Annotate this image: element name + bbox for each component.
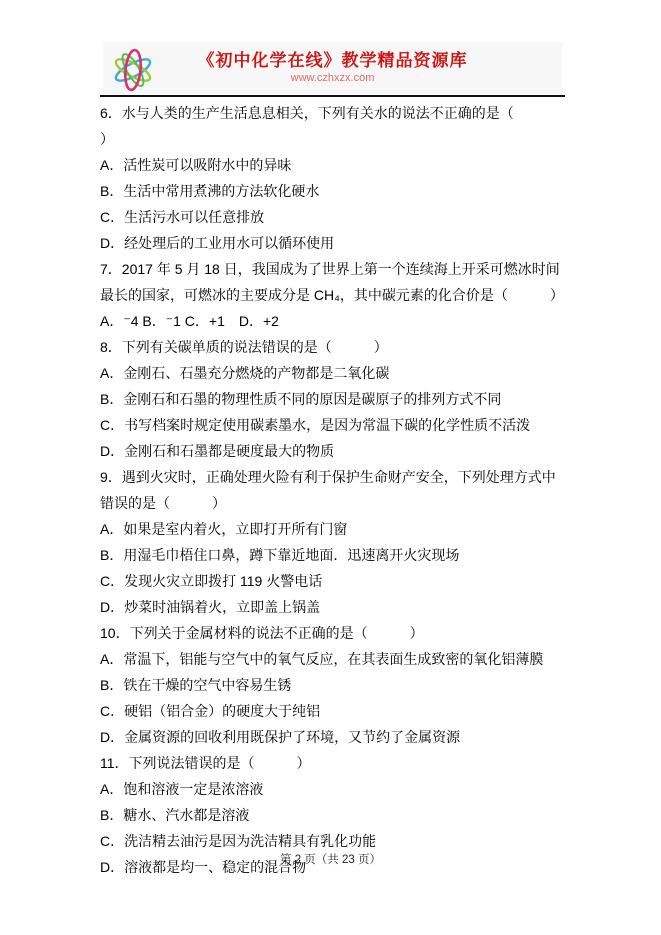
question-option: C．书写档案时规定使用碳素墨水，是因为常温下碳的化学性质不活泼 bbox=[100, 412, 562, 438]
question-option: A．如果是室内着火，立即打开所有门窗 bbox=[100, 516, 562, 542]
question-option: B．用湿毛巾梧住口鼻，蹲下靠近地面．迅速离开火灾现场 bbox=[100, 542, 562, 568]
header-divider bbox=[100, 95, 565, 97]
question-stem: 11．下列说法错误的是（ ） bbox=[100, 750, 562, 776]
question-option: C．生活污水可以任意排放 bbox=[100, 204, 562, 230]
question-option: C．发现火灾立即拨打 119 火警电话 bbox=[100, 568, 562, 594]
question-option: D．炒菜时油锅着火，立即盖上锅盖 bbox=[100, 594, 562, 620]
question-stem: 10．下列关于金属材料的说法不正确的是（ ） bbox=[100, 620, 562, 646]
question-option: B．铁在干燥的空气中容易生锈 bbox=[100, 672, 562, 698]
question-option: B．金刚石和石墨的物理性质不同的原因是碳原子的排列方式不同 bbox=[100, 386, 562, 412]
question-7: 7．2017 年 5 月 18 日，我国成为了世界上第一个连续海上开采可燃冰时间… bbox=[100, 256, 562, 334]
question-option: D．金属资源的回收利用既保护了环境，又节约了金属资源 bbox=[100, 724, 562, 750]
question-stem: 8．下列有关碳单质的说法错误的是（ ） bbox=[100, 334, 562, 360]
question-stem: 9．遇到火灾时，正确处理火险有利于保护生命财产安全，下列处理方式中错误的是（ ） bbox=[100, 464, 562, 516]
question-option: A．常温下，铝能与空气中的氧气反应，在其表面生成致密的氧化铝薄膜 bbox=[100, 646, 562, 672]
question-8: 8．下列有关碳单质的说法错误的是（ ） A．金刚石、石墨充分燃烧的产物都是二氧化… bbox=[100, 334, 562, 464]
question-option: A．饱和溶液一定是浓溶液 bbox=[100, 776, 562, 802]
question-option: D．金刚石和石墨都是硬度最大的物质 bbox=[100, 438, 562, 464]
question-option: A．活性炭可以吸附水中的异味 bbox=[100, 152, 562, 178]
question-10: 10．下列关于金属材料的说法不正确的是（ ） A．常温下，铝能与空气中的氧气反应… bbox=[100, 620, 562, 750]
question-stem: 6．水与人类的生产生活息息相关，下列有关水的说法不正确的是（ ） bbox=[100, 100, 562, 152]
atom-icon bbox=[110, 47, 156, 93]
page-header: 《初中化学在线》教学精品资源库 www.czhxzx.com bbox=[103, 42, 562, 94]
question-option: C．洗洁精去油污是因为洗洁精具有乳化功能 bbox=[100, 828, 562, 854]
exam-body: 6．水与人类的生产生活息息相关，下列有关水的说法不正确的是（ ） A．活性炭可以… bbox=[100, 100, 562, 880]
question-option: B．糖水、汽水都是溶液 bbox=[100, 802, 562, 828]
page-footer: 第 2 页（共 23 页） bbox=[0, 852, 661, 868]
question-option: A．金刚石、石墨充分燃烧的产物都是二氧化碳 bbox=[100, 360, 562, 386]
question-option: D．经处理后的工业用水可以循环使用 bbox=[100, 230, 562, 256]
question-option: A．⁻4 B．⁻1 C．+1 D．+2 bbox=[100, 308, 562, 334]
site-url: www.czhxzx.com bbox=[103, 71, 562, 86]
question-9: 9．遇到火灾时，正确处理火险有利于保护生命财产安全，下列处理方式中错误的是（ ）… bbox=[100, 464, 562, 620]
question-6: 6．水与人类的生产生活息息相关，下列有关水的说法不正确的是（ ） A．活性炭可以… bbox=[100, 100, 562, 256]
question-stem: 7．2017 年 5 月 18 日，我国成为了世界上第一个连续海上开采可燃冰时间… bbox=[100, 256, 562, 308]
question-option: B．生活中常用煮沸的方法软化硬水 bbox=[100, 178, 562, 204]
question-option: C．硬铝（铝合金）的硬度大于纯铝 bbox=[100, 698, 562, 724]
site-title: 《初中化学在线》教学精品资源库 bbox=[103, 42, 562, 71]
